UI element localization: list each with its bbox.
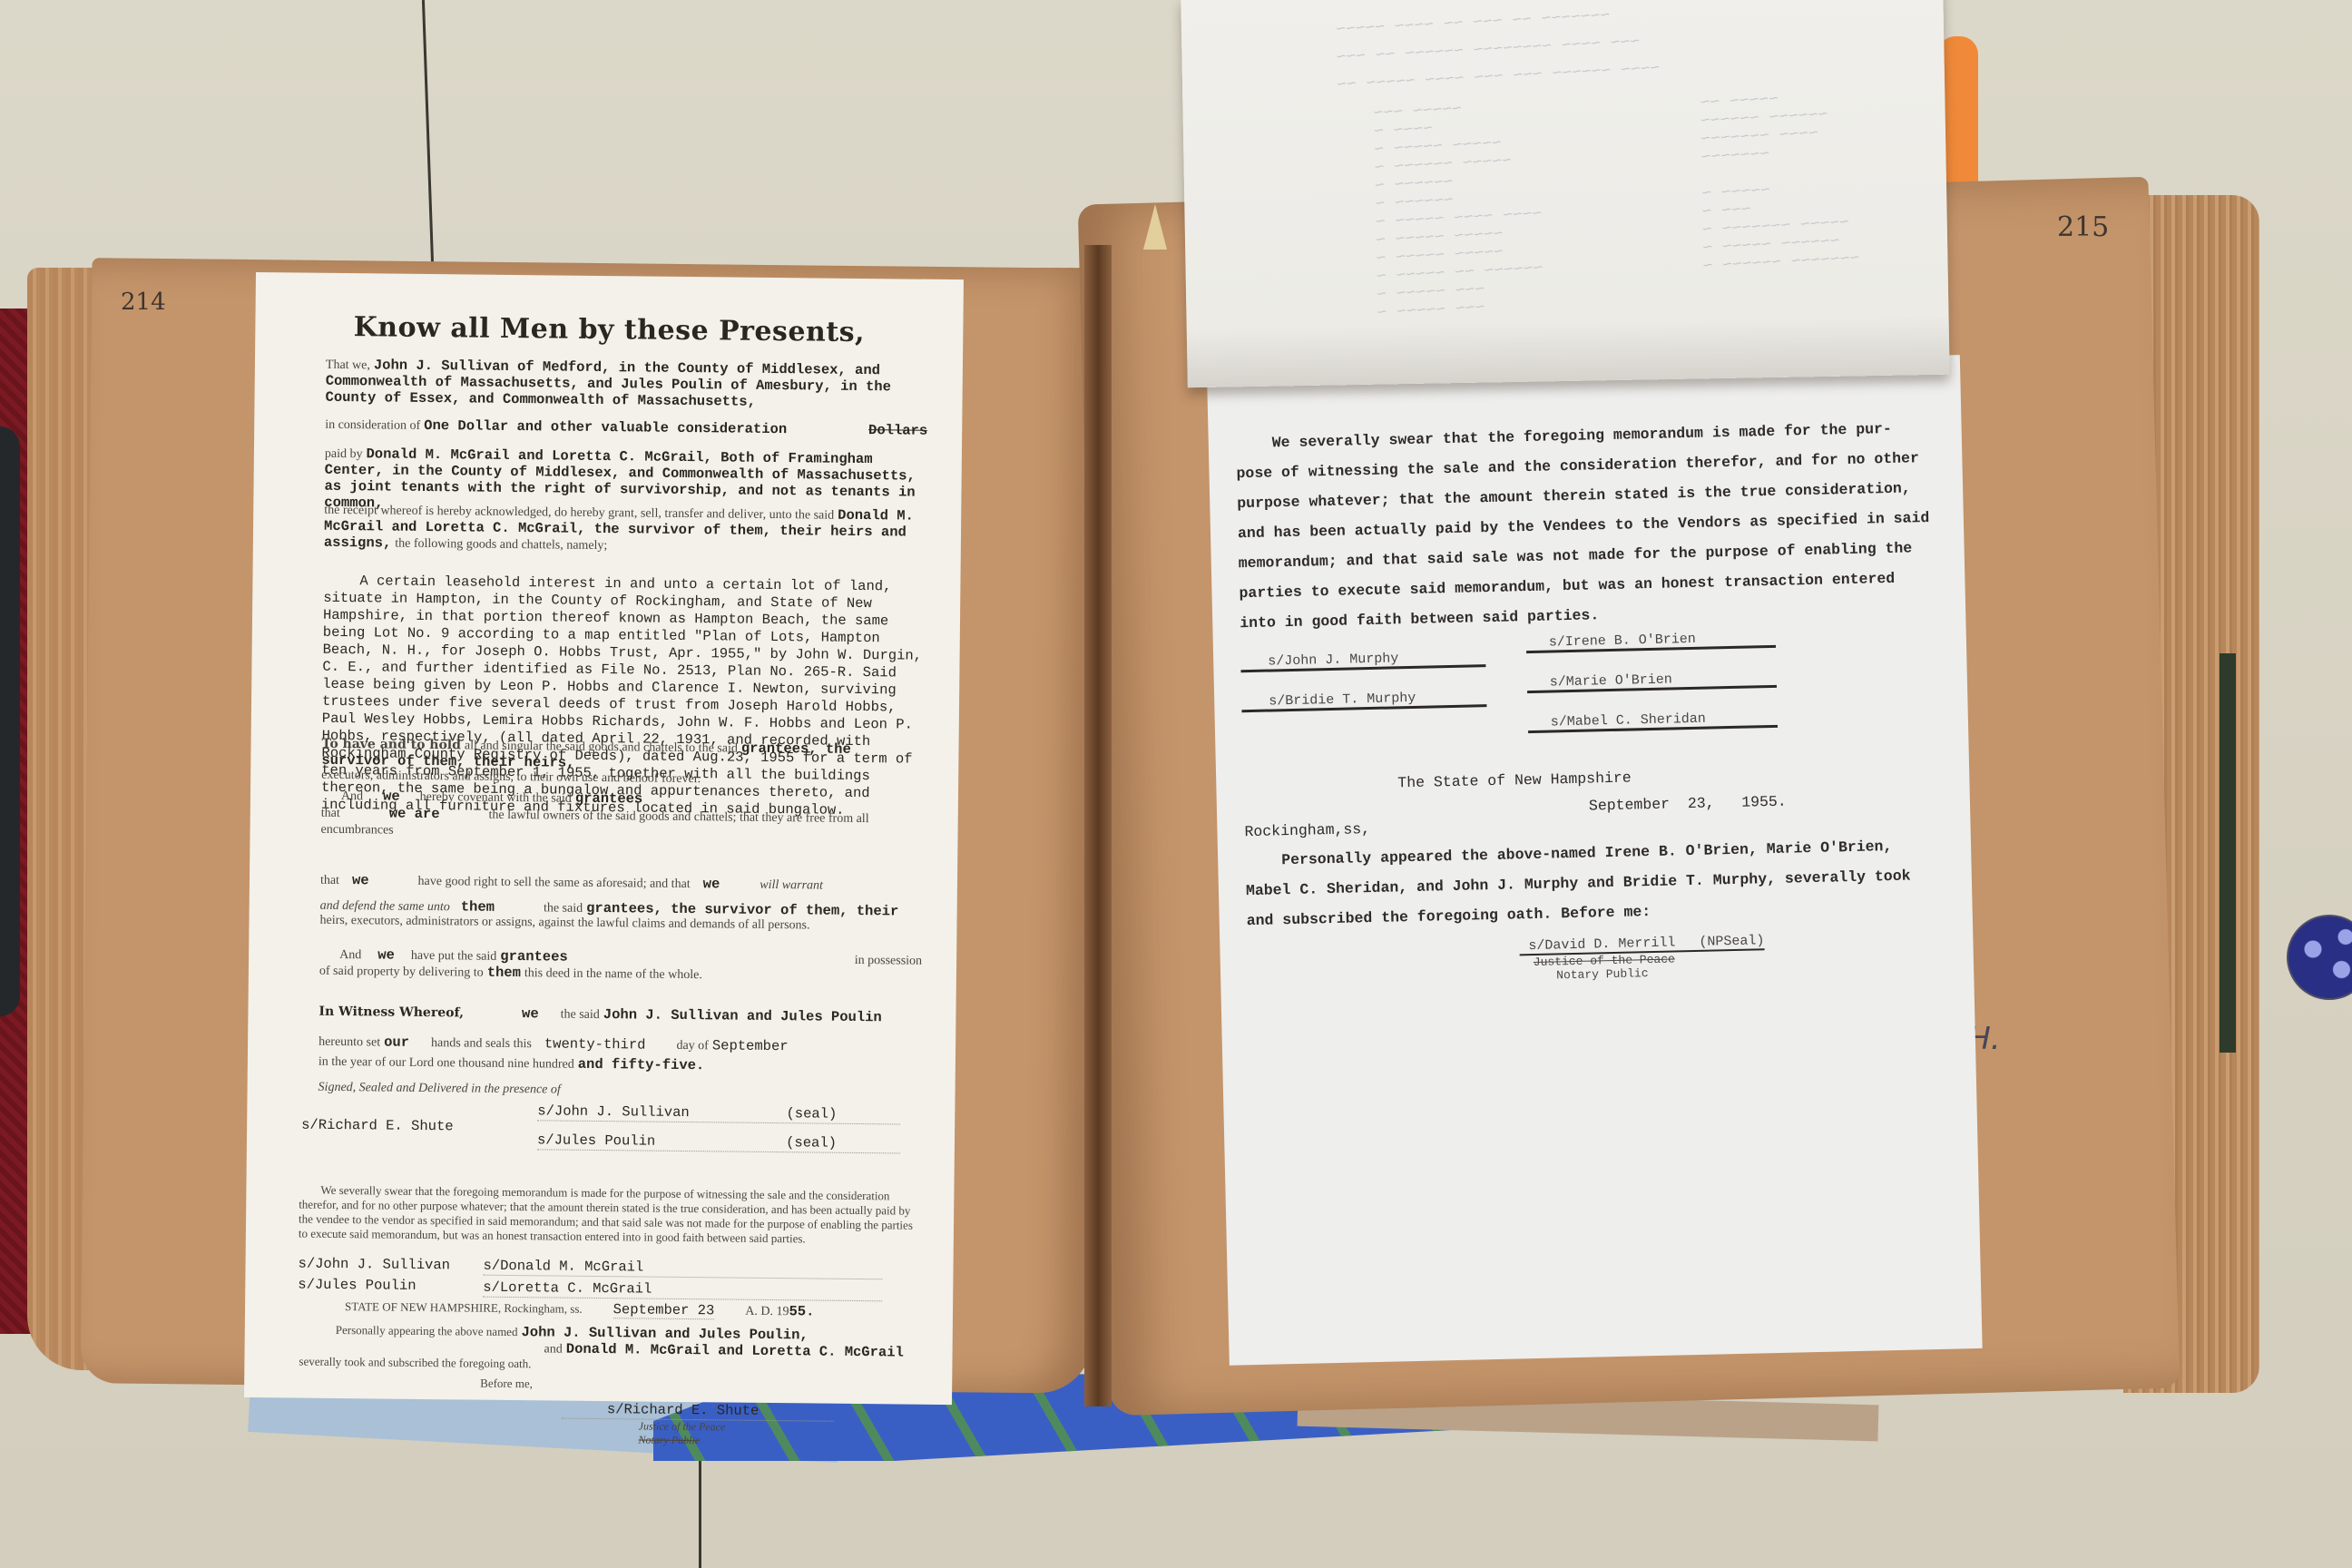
delivering-text: of said property by delivering to: [319, 965, 484, 980]
grantor-signature-2: s/Jules Poulin (seal): [537, 1132, 900, 1153]
paid-by-label: paid by: [325, 447, 363, 461]
notary-signature-block: s/David D. Merrill (NPSeal) Justice of t…: [1519, 933, 1765, 983]
state-label: STATE OF NEW HAMPSHIRE, Rockingham, ss.: [345, 1299, 583, 1316]
goods-label: the following goods and chattels, namely…: [395, 537, 607, 553]
possession-text: have put the said: [411, 949, 497, 964]
bleed-through-text: ~~~~~ ~~~~ ~~ ~~~ ~~ ~~~~~~~: [1335, 4, 1610, 36]
day-of-label: day of: [676, 1039, 709, 1053]
seal-label: (seal): [786, 1105, 837, 1123]
venue: Rockingham,ss,: [1244, 820, 1370, 840]
possession-label: in possession: [855, 954, 922, 969]
covenant-and: And: [341, 789, 363, 803]
right-oath-paragraph: We severally swear that the foregoing me…: [1236, 419, 1932, 644]
seal-label: (seal): [786, 1134, 837, 1152]
consideration-value: One Dollar and other valuable considerat…: [424, 417, 787, 437]
hands-seals-text: hands and seals this: [431, 1036, 532, 1051]
defend-line: and defend the same unto them the said g…: [249, 897, 956, 935]
bleed-list-left: ~~~ ~~~~~ ~ ~~~~ ~ ~~~~~ ~~~~~ ~ ~~~~~~ …: [1373, 95, 1543, 316]
ack-date: September 23: [613, 1301, 715, 1319]
year-value: and fifty-five.: [578, 1056, 705, 1073]
vendor-signature: s/Mabel C. Sheridan: [1528, 710, 1778, 733]
officer-signature-block: s/Richard E. Shute Justice of the Peace …: [561, 1401, 834, 1449]
state-heading: The State of New Hampshire: [1397, 769, 1632, 792]
witness-names: John J. Sullivan and Jules Poulin: [603, 1006, 882, 1025]
ad-year: 55.: [789, 1303, 814, 1319]
delivering-them: them: [487, 965, 521, 981]
right-acknowledgment: Personally appeared the above-named Iren…: [1245, 838, 1912, 943]
witness-signature: s/Richard E. Shute: [301, 1117, 454, 1136]
vendor-signature: s/Marie O'Brien: [1527, 670, 1777, 693]
paid-by-value: Donald M. McGrail and Loretta C. McGrail…: [324, 446, 916, 511]
vendor-signature: s/Bridie T. Murphy: [1241, 689, 1486, 712]
book-edge-fabric: [2220, 653, 2236, 1053]
delivering-tail: this deed in the name of the whole.: [524, 966, 702, 982]
officer-title-struck: Notary Public: [561, 1433, 833, 1449]
covenant-text: hereby covenant with the said: [420, 790, 572, 806]
signed-sealed-label: Signed, Sealed and Delivered in the pres…: [248, 1080, 955, 1102]
grantor-sig-name: s/John J. Sullivan: [537, 1102, 690, 1122]
consideration-label: in consideration of: [325, 418, 420, 433]
right-to-sell-line: that we have good right to sell the same…: [250, 871, 957, 895]
notary-signature: s/David D. Merrill: [1519, 935, 1675, 954]
witness-said: the said: [561, 1008, 600, 1022]
book-cover-shadow: [0, 426, 20, 1016]
consideration-line: in consideration of One Dollar and other…: [254, 416, 962, 439]
defend-said: the said: [544, 901, 583, 915]
vendor-signature: s/John J. Murphy: [1240, 649, 1485, 672]
oath-sig: s/John J. Sullivan: [298, 1256, 461, 1275]
possession-line: And we have put the said grantees in pos…: [249, 946, 956, 985]
owners-line: that we are the lawful owners of the sai…: [250, 804, 957, 844]
year-text: in the year of our Lord one thousand nin…: [318, 1055, 574, 1072]
book-gutter: [1084, 245, 1112, 1406]
bleed-through-text: ~~ ~~~~~ ~~~~ ~~~ ~~~ ~~~~~~ ~~~~: [1337, 56, 1661, 92]
table-seam: [699, 1452, 701, 1568]
covenant-grantees: grantees: [575, 790, 643, 808]
covenant-we: we: [383, 788, 400, 804]
consideration-strike: Dollars: [868, 422, 927, 439]
oath-text: We severally swear that the foregoing me…: [246, 1182, 955, 1248]
bill-of-sale-document: Know all Men by these Presents, That we,…: [244, 272, 964, 1405]
month-value: September: [712, 1037, 789, 1054]
habendum-lead: To have and to hold: [321, 737, 461, 753]
receipt-clause: the receipt whereof is hereby acknowledg…: [253, 501, 962, 557]
right-text: have good right to sell the same as afor…: [418, 875, 691, 891]
oath-sig: s/Donald M. McGrail: [483, 1258, 882, 1280]
defend-label: and defend the same unto: [320, 899, 450, 914]
notary-seal: (NPSeal): [1699, 933, 1764, 950]
day-value: twenty-third: [544, 1035, 646, 1053]
defend-them: them: [461, 898, 495, 915]
oath-sig: s/Loretta C. McGrail: [483, 1279, 882, 1302]
grantor-signatures: s/John J. Sullivan (seal) s/Jules Poulin…: [537, 1102, 901, 1153]
acknowledgment-body: Personally appearing the above named Joh…: [244, 1321, 953, 1396]
hereunto-text: hereunto set: [318, 1035, 380, 1050]
grantor-signature-1: s/John J. Sullivan (seal): [537, 1102, 900, 1124]
witness-we: we: [522, 1005, 539, 1022]
document-title: Know all Men by these Presents,: [255, 310, 963, 349]
before-me: Before me,: [335, 1375, 917, 1396]
folded-sheet-reverse[interactable]: ~~~~~ ~~~~ ~~ ~~~ ~~ ~~~~~~~ ~~~ ~~ ~~~~…: [1181, 0, 1949, 387]
possession-grantees: grantees: [500, 948, 568, 965]
bleed-through-text: ~~~ ~~ ~~~~~~ ~~~~~~~~ ~~~~ ~~~: [1336, 30, 1640, 64]
oath-date: September 23, 1955.: [1589, 793, 1787, 815]
that-label: that: [321, 807, 340, 820]
ack-and: and: [544, 1342, 563, 1356]
witness-whereof-line: In Witness Whereof, we the said John J. …: [248, 1003, 955, 1026]
personally-text: Personally appearing the above named: [336, 1323, 518, 1338]
ad-label: A. D. 19: [745, 1305, 789, 1319]
habendum-text: all and singular the said goods and chat…: [465, 739, 738, 755]
witness-lead: In Witness Whereof,: [318, 1004, 464, 1021]
grantor-clause: That we, John J. Sullivan of Medford, in…: [254, 356, 963, 412]
grantor-names: John J. Sullivan of Medford, in the Coun…: [325, 357, 891, 409]
right-page-number: 215: [2057, 211, 2109, 243]
habendum-clause: To have and to hold all and singular the…: [250, 735, 959, 789]
left-page-number: 214: [121, 289, 166, 316]
bleed-list-right: ~~ ~~~~~ ~~~~~~ ~~~~~~ ~~~~~~~ ~~~~ ~~~~…: [1700, 85, 1859, 269]
our-text: our: [384, 1034, 409, 1051]
right-we: we: [352, 872, 369, 888]
grantor-sig-name: s/Jules Poulin: [537, 1132, 655, 1150]
oath-sig: s/Jules Poulin: [298, 1277, 461, 1296]
acknowledgment-header: STATE OF NEW HAMPSHIRE, Rockingham, ss. …: [245, 1298, 953, 1322]
possession-we: we: [377, 946, 395, 963]
warrant-label: will warrant: [759, 878, 823, 893]
grantor-lead: That we,: [326, 358, 370, 373]
possession-and: And: [339, 948, 361, 962]
right-that: that: [320, 874, 339, 887]
oath-signatures-right: s/Donald M. McGrail s/Loretta C. McGrail: [483, 1258, 882, 1302]
oath-signatures-left: s/John J. Sullivan s/Jules Poulin: [298, 1256, 461, 1296]
right-we2: we: [703, 876, 720, 892]
oath-acknowledgment-document: We severally swear that the foregoing me…: [1207, 355, 1983, 1366]
we-are: we are: [389, 806, 440, 823]
